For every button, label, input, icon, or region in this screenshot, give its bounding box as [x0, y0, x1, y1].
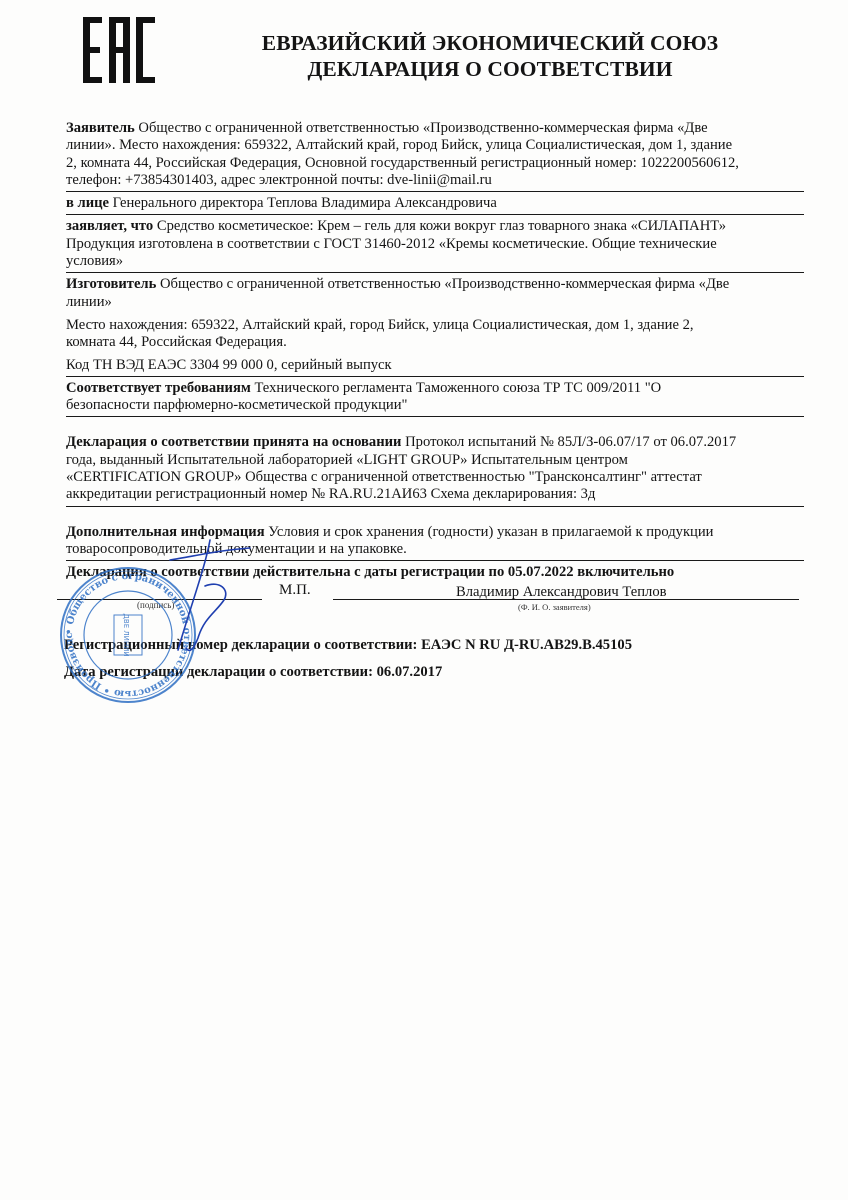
declaration-body: Заявитель Общество с ограниченной ответс… [66, 120, 804, 587]
validity-text: Декларация о соответствии действительна … [66, 564, 674, 580]
union-title: ЕВРАЗИЙСКИЙ ЭКОНОМИЧЕСКИЙ СОЮЗ [210, 30, 770, 56]
manufacturer-section: Изготовитель Общество с ограниченной отв… [66, 276, 804, 353]
basis-line: аккредитации регистрационный номер № RA.… [66, 486, 804, 503]
product-description: Средство косметическое: Крем – гель для … [157, 218, 726, 234]
manufacturer-label: Изготовитель [66, 276, 156, 292]
document-title: ЕВРАЗИЙСКИЙ ЭКОНОМИЧЕСКИЙ СОЮЗ ДЕКЛАРАЦИ… [210, 30, 770, 82]
manufacturer-line: Общество с ограниченной ответственностью… [160, 276, 729, 292]
basis-line: года, выданный Испытательной лабораторие… [66, 452, 804, 469]
registration-date-label: Дата регистрации декларации о соответств… [64, 664, 373, 680]
registration-number-value: ЕАЭС N RU Д-RU.АВ29.В.45105 [421, 637, 632, 653]
conforms-section: Соответствует требованиям Технического р… [66, 380, 804, 418]
tn-ved-code: Код ТН ВЭД ЕАЭС 3304 99 000 0, серийный … [66, 357, 804, 374]
declaration-title: ДЕКЛАРАЦИЯ О СООТВЕТСТВИИ [210, 56, 770, 82]
validity-section: Декларация о соответствии действительна … [66, 564, 804, 583]
basis-label: Декларация о соответствии принята на осн… [66, 434, 401, 450]
basis-section: Декларация о соответствии принята на осн… [66, 434, 804, 506]
applicant-line: телефон: +73854301403, адрес электронной… [66, 172, 804, 189]
signer-name-line [333, 599, 799, 600]
conforms-line: Технического регламента Таможенного союз… [254, 380, 661, 396]
conforms-line: безопасности парфюмерно-косметической пр… [66, 397, 804, 414]
declaration-page: ЕВРАЗИЙСКИЙ ЭКОНОМИЧЕСКИЙ СОЮЗ ДЕКЛАРАЦИ… [0, 0, 848, 1200]
signature-caption: (подпись) [137, 600, 174, 610]
represented-by-text: Генерального директора Теплова Владимира… [113, 195, 497, 211]
registration-date-value: 06.07.2017 [377, 664, 443, 680]
svg-text:ДВЕ ЛИНИИ: ДВЕ ЛИНИИ [122, 613, 130, 656]
registration-date: Дата регистрации декларации о соответств… [64, 664, 442, 681]
basis-line: Протокол испытаний № 85Л/З-06.07/17 от 0… [405, 434, 736, 450]
additional-info-line: товаросопроводительной документации и на… [66, 541, 804, 558]
represented-by-label: в лице [66, 195, 109, 211]
declares-section: заявляет, что Средство косметическое: Кр… [66, 218, 804, 273]
applicant-label: Заявитель [66, 120, 135, 136]
basis-line: «CERTIFICATION GROUP» Общества с огранич… [66, 469, 804, 486]
additional-info-line: Условия и срок хранения (годности) указа… [265, 524, 714, 540]
applicant-line: линии». Место нахождения: 659322, Алтайс… [66, 137, 804, 154]
manufacturer-line: Место нахождения: 659322, Алтайский край… [66, 317, 804, 334]
conforms-label: Соответствует требованиям [66, 380, 251, 396]
applicant-section: Заявитель Общество с ограниченной ответс… [66, 120, 804, 192]
manufacturer-line: комната 44, Российская Федерация. [66, 334, 804, 351]
declares-label: заявляет, что [66, 218, 153, 234]
manufacturer-line: линии» [66, 294, 804, 311]
tn-ved-section: Код ТН ВЭД ЕАЭС 3304 99 000 0, серийный … [66, 357, 804, 377]
eac-logo-icon [83, 17, 155, 83]
signer-name: Владимир Александрович Теплов [456, 584, 667, 601]
additional-info-label: Дополнительная информация [66, 524, 265, 540]
additional-info-section: Дополнительная информация Условия и срок… [66, 524, 804, 562]
signature-line [57, 599, 262, 600]
registration-number-label: Регистрационный номер декларации о соотв… [64, 637, 417, 653]
registration-number: Регистрационный номер декларации о соотв… [64, 637, 632, 654]
applicant-line: 2, комната 44, Российская Федерация, Осн… [66, 155, 804, 172]
declares-line: условия» [66, 253, 804, 270]
represented-by-section: в лице Генерального директора Теплова Вл… [66, 195, 804, 215]
declares-line: Продукция изготовлена в соответствии с Г… [66, 236, 804, 253]
signer-caption: (Ф. И. О. заявителя) [518, 602, 591, 612]
applicant-line: Общество с ограниченной ответственностью… [138, 120, 707, 136]
